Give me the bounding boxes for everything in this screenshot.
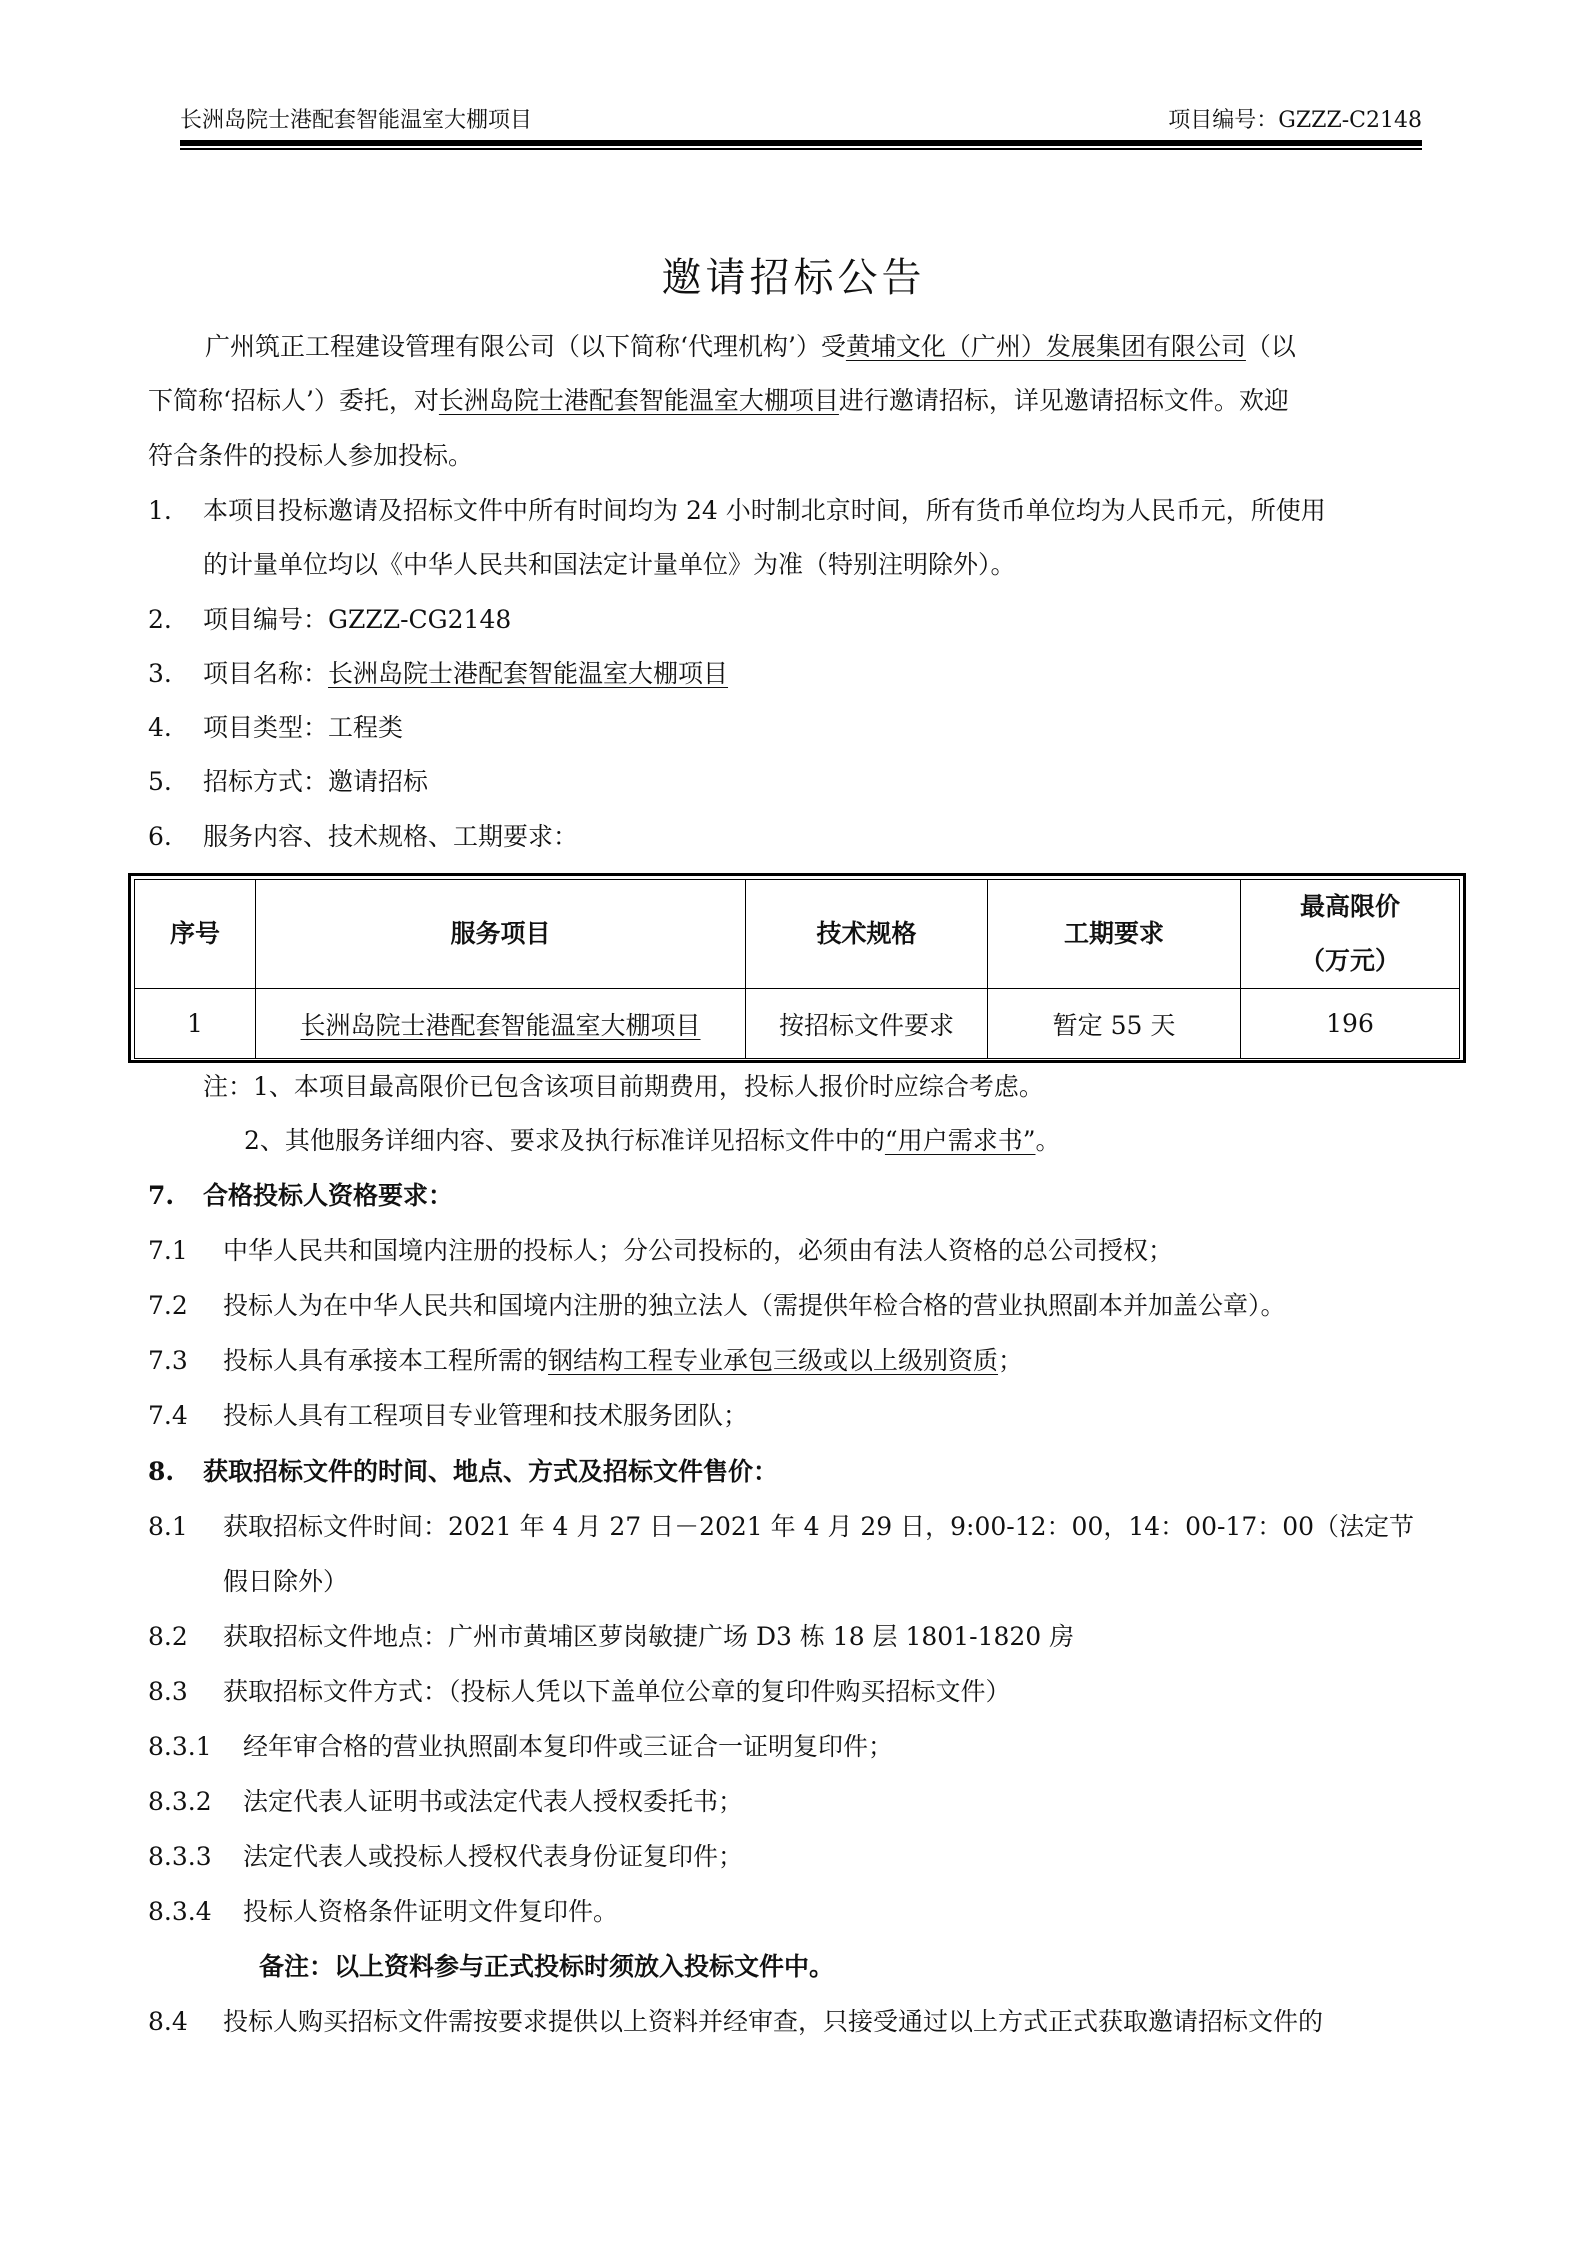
- header-project-code: 项目编号：GZZZ-C2148: [1168, 103, 1422, 134]
- item-8-1-num: 8.1: [148, 1514, 188, 1539]
- col-service-item: 服务项目: [256, 880, 746, 989]
- item-6-label: 服务内容、技术规格、工期要求：: [203, 824, 578, 849]
- intro-text: 广州筑正工程建设管理有限公司（以下简称‘代理机构’）受: [205, 332, 846, 361]
- item-1-line-1: 本项目投标邀请及招标文件中所有时间均为 24 小时制北京时间，所有货币单位均为人…: [203, 498, 1326, 523]
- item-8-4: 投标人购买招标文件需按要求提供以上资料并经审查，只接受通过以上方式正式获取邀请招…: [223, 2009, 1323, 2034]
- item-6-num: 6.: [148, 824, 172, 849]
- item-7-3: 投标人具有承接本工程所需的钢结构工程专业承包三级或以上级别资质；: [223, 1348, 1023, 1373]
- item-8-3-4: 投标人资格条件证明文件复印件。: [243, 1899, 618, 1924]
- item-7-1-num: 7.1: [148, 1238, 188, 1263]
- item-2-num: 2.: [148, 607, 172, 632]
- section-8-title: 获取招标文件的时间、地点、方式及招标文件售价：: [203, 1459, 778, 1484]
- project-type: 工程类: [328, 713, 403, 742]
- intro-text: 下简称‘招标人’）委托，对: [148, 386, 439, 415]
- col-spec: 技术规格: [746, 880, 988, 989]
- section-7-title: 合格投标人资格要求：: [203, 1183, 453, 1208]
- col-max-price: 最高限价 （万元）: [1241, 880, 1460, 989]
- cell-spec: 按招标文件要求: [746, 989, 988, 1059]
- item-7-2-num: 7.2: [148, 1293, 188, 1318]
- table-row: 1 长洲岛院士港配套智能温室大棚项目 按招标文件要求 暂定 55 天 196: [135, 989, 1460, 1059]
- project-name-link: 长洲岛院士港配套智能温室大棚项目: [439, 386, 839, 415]
- item-label: 项目名称：: [203, 659, 328, 688]
- user-requirements-ref: “用户需求书”: [885, 1126, 1036, 1155]
- item-3-num: 3.: [148, 661, 172, 686]
- tenderer-name: 黄埔文化（广州）发展集团有限公司: [846, 332, 1246, 361]
- item-label: 招标方式：: [203, 767, 328, 796]
- item-8-3-4-num: 8.3.4: [148, 1899, 212, 1924]
- project-code: GZZZ-CG2148: [328, 605, 511, 634]
- intro-text: 进行邀请招标，详见邀请招标文件。欢迎: [839, 386, 1289, 415]
- cell-service-item: 长洲岛院士港配套智能温室大棚项目: [256, 989, 746, 1059]
- item-8-3-3-num: 8.3.3: [148, 1844, 212, 1869]
- item-1-line-2: 的计量单位均以《中华人民共和国法定计量单位》为准（特别注明除外）。: [203, 552, 1016, 577]
- item-text: 投标人具有承接本工程所需的: [223, 1346, 548, 1375]
- service-item-text: 长洲岛院士港配套智能温室大棚项目: [300, 1011, 700, 1040]
- header-project-name: 长洲岛院士港配套智能温室大棚项目: [180, 103, 532, 134]
- item-8-3-3: 法定代表人或投标人授权代表身份证复印件；: [243, 1844, 743, 1869]
- item-label: 项目类型：: [203, 713, 328, 742]
- col-period: 工期要求: [988, 880, 1241, 989]
- item-8-3-1: 经年审合格的营业执照副本复印件或三证合一证明复印件；: [243, 1734, 893, 1759]
- qualification-requirement: 钢结构工程专业承包三级或以上级别资质: [548, 1346, 998, 1375]
- header-divider-thick: [180, 140, 1422, 146]
- document-title: 邀请招标公告: [0, 246, 1587, 303]
- intro-line-1: 广州筑正工程建设管理有限公司（以下简称‘代理机构’）受黄埔文化（广州）发展集团有…: [205, 334, 1296, 359]
- item-2: 项目编号：GZZZ-CG2148: [203, 607, 511, 632]
- item-4: 项目类型：工程类: [203, 715, 403, 740]
- item-text: ；: [998, 1346, 1023, 1375]
- header-divider-thin: [180, 148, 1422, 150]
- max-price-unit: （万元）: [1241, 934, 1459, 988]
- item-8-3: 获取招标文件方式：（投标人凭以下盖单位公章的复印件购买招标文件）: [223, 1679, 1011, 1704]
- item-8-4-num: 8.4: [148, 2009, 188, 2034]
- item-7-1: 中华人民共和国境内注册的投标人；分公司投标的，必须由有法人资格的总公司授权；: [223, 1238, 1173, 1263]
- item-8-3-1-num: 8.3.1: [148, 1734, 212, 1759]
- intro-line-3: 符合条件的投标人参加投标。: [148, 443, 473, 468]
- project-name: 长洲岛院士港配套智能温室大棚项目: [328, 659, 728, 688]
- item-7-3-num: 7.3: [148, 1348, 188, 1373]
- intro-text: （以: [1246, 332, 1296, 361]
- service-table: 序号 服务项目 技术规格 工期要求 最高限价 （万元） 1 长洲岛院士港配套智能…: [128, 873, 1466, 1063]
- item-8-3-2-num: 8.3.2: [148, 1789, 212, 1814]
- item-8-2: 获取招标文件地点：广州市黄埔区萝岗敏捷广场 D3 栋 18 层 1801-182…: [223, 1624, 1074, 1649]
- cell-price: 196: [1241, 989, 1460, 1059]
- note-2: 2、其他服务详细内容、要求及执行标准详见招标文件中的“用户需求书”。: [244, 1128, 1061, 1153]
- note-1: 注：1、本项目最高限价已包含该项目前期费用，投标人报价时应综合考虑。: [203, 1074, 1044, 1099]
- item-8-1-line-1: 获取招标文件时间：2021 年 4 月 27 日－2021 年 4 月 29 日…: [223, 1514, 1414, 1539]
- note-text: 。: [1035, 1126, 1060, 1155]
- item-label: 项目编号：: [203, 605, 328, 634]
- max-price-label: 最高限价: [1241, 880, 1459, 934]
- item-8-3-num: 8.3: [148, 1679, 188, 1704]
- item-4-num: 4.: [148, 715, 172, 740]
- item-8-1-line-2: 假日除外）: [223, 1569, 348, 1594]
- intro-line-2: 下简称‘招标人’）委托，对长洲岛院士港配套智能温室大棚项目进行邀请招标，详见邀请…: [148, 388, 1289, 413]
- item-7-4: 投标人具有工程项目专业管理和技术服务团队；: [223, 1403, 748, 1428]
- item-8-2-num: 8.2: [148, 1624, 188, 1649]
- item-7-2: 投标人为在中华人民共和国境内注册的独立法人（需提供年检合格的营业执照副本并加盖公…: [223, 1293, 1286, 1318]
- item-3: 项目名称：长洲岛院士港配套智能温室大棚项目: [203, 661, 728, 686]
- tender-method: 邀请招标: [328, 767, 428, 796]
- section-7-num: 7.: [148, 1183, 174, 1208]
- item-5: 招标方式：邀请招标: [203, 769, 428, 794]
- remark: 备注：以上资料参与正式投标时须放入投标文件中。: [259, 1954, 834, 1979]
- item-1-num: 1.: [148, 498, 172, 523]
- item-7-4-num: 7.4: [148, 1403, 188, 1428]
- cell-seq: 1: [135, 989, 256, 1059]
- table-header-row: 序号 服务项目 技术规格 工期要求 最高限价 （万元）: [135, 880, 1460, 989]
- col-seq: 序号: [135, 880, 256, 989]
- section-8-num: 8.: [148, 1459, 174, 1484]
- cell-period: 暂定 55 天: [988, 989, 1241, 1059]
- item-8-3-2: 法定代表人证明书或法定代表人授权委托书；: [243, 1789, 743, 1814]
- note-text: 2、其他服务详细内容、要求及执行标准详见招标文件中的: [244, 1126, 885, 1155]
- item-5-num: 5.: [148, 769, 172, 794]
